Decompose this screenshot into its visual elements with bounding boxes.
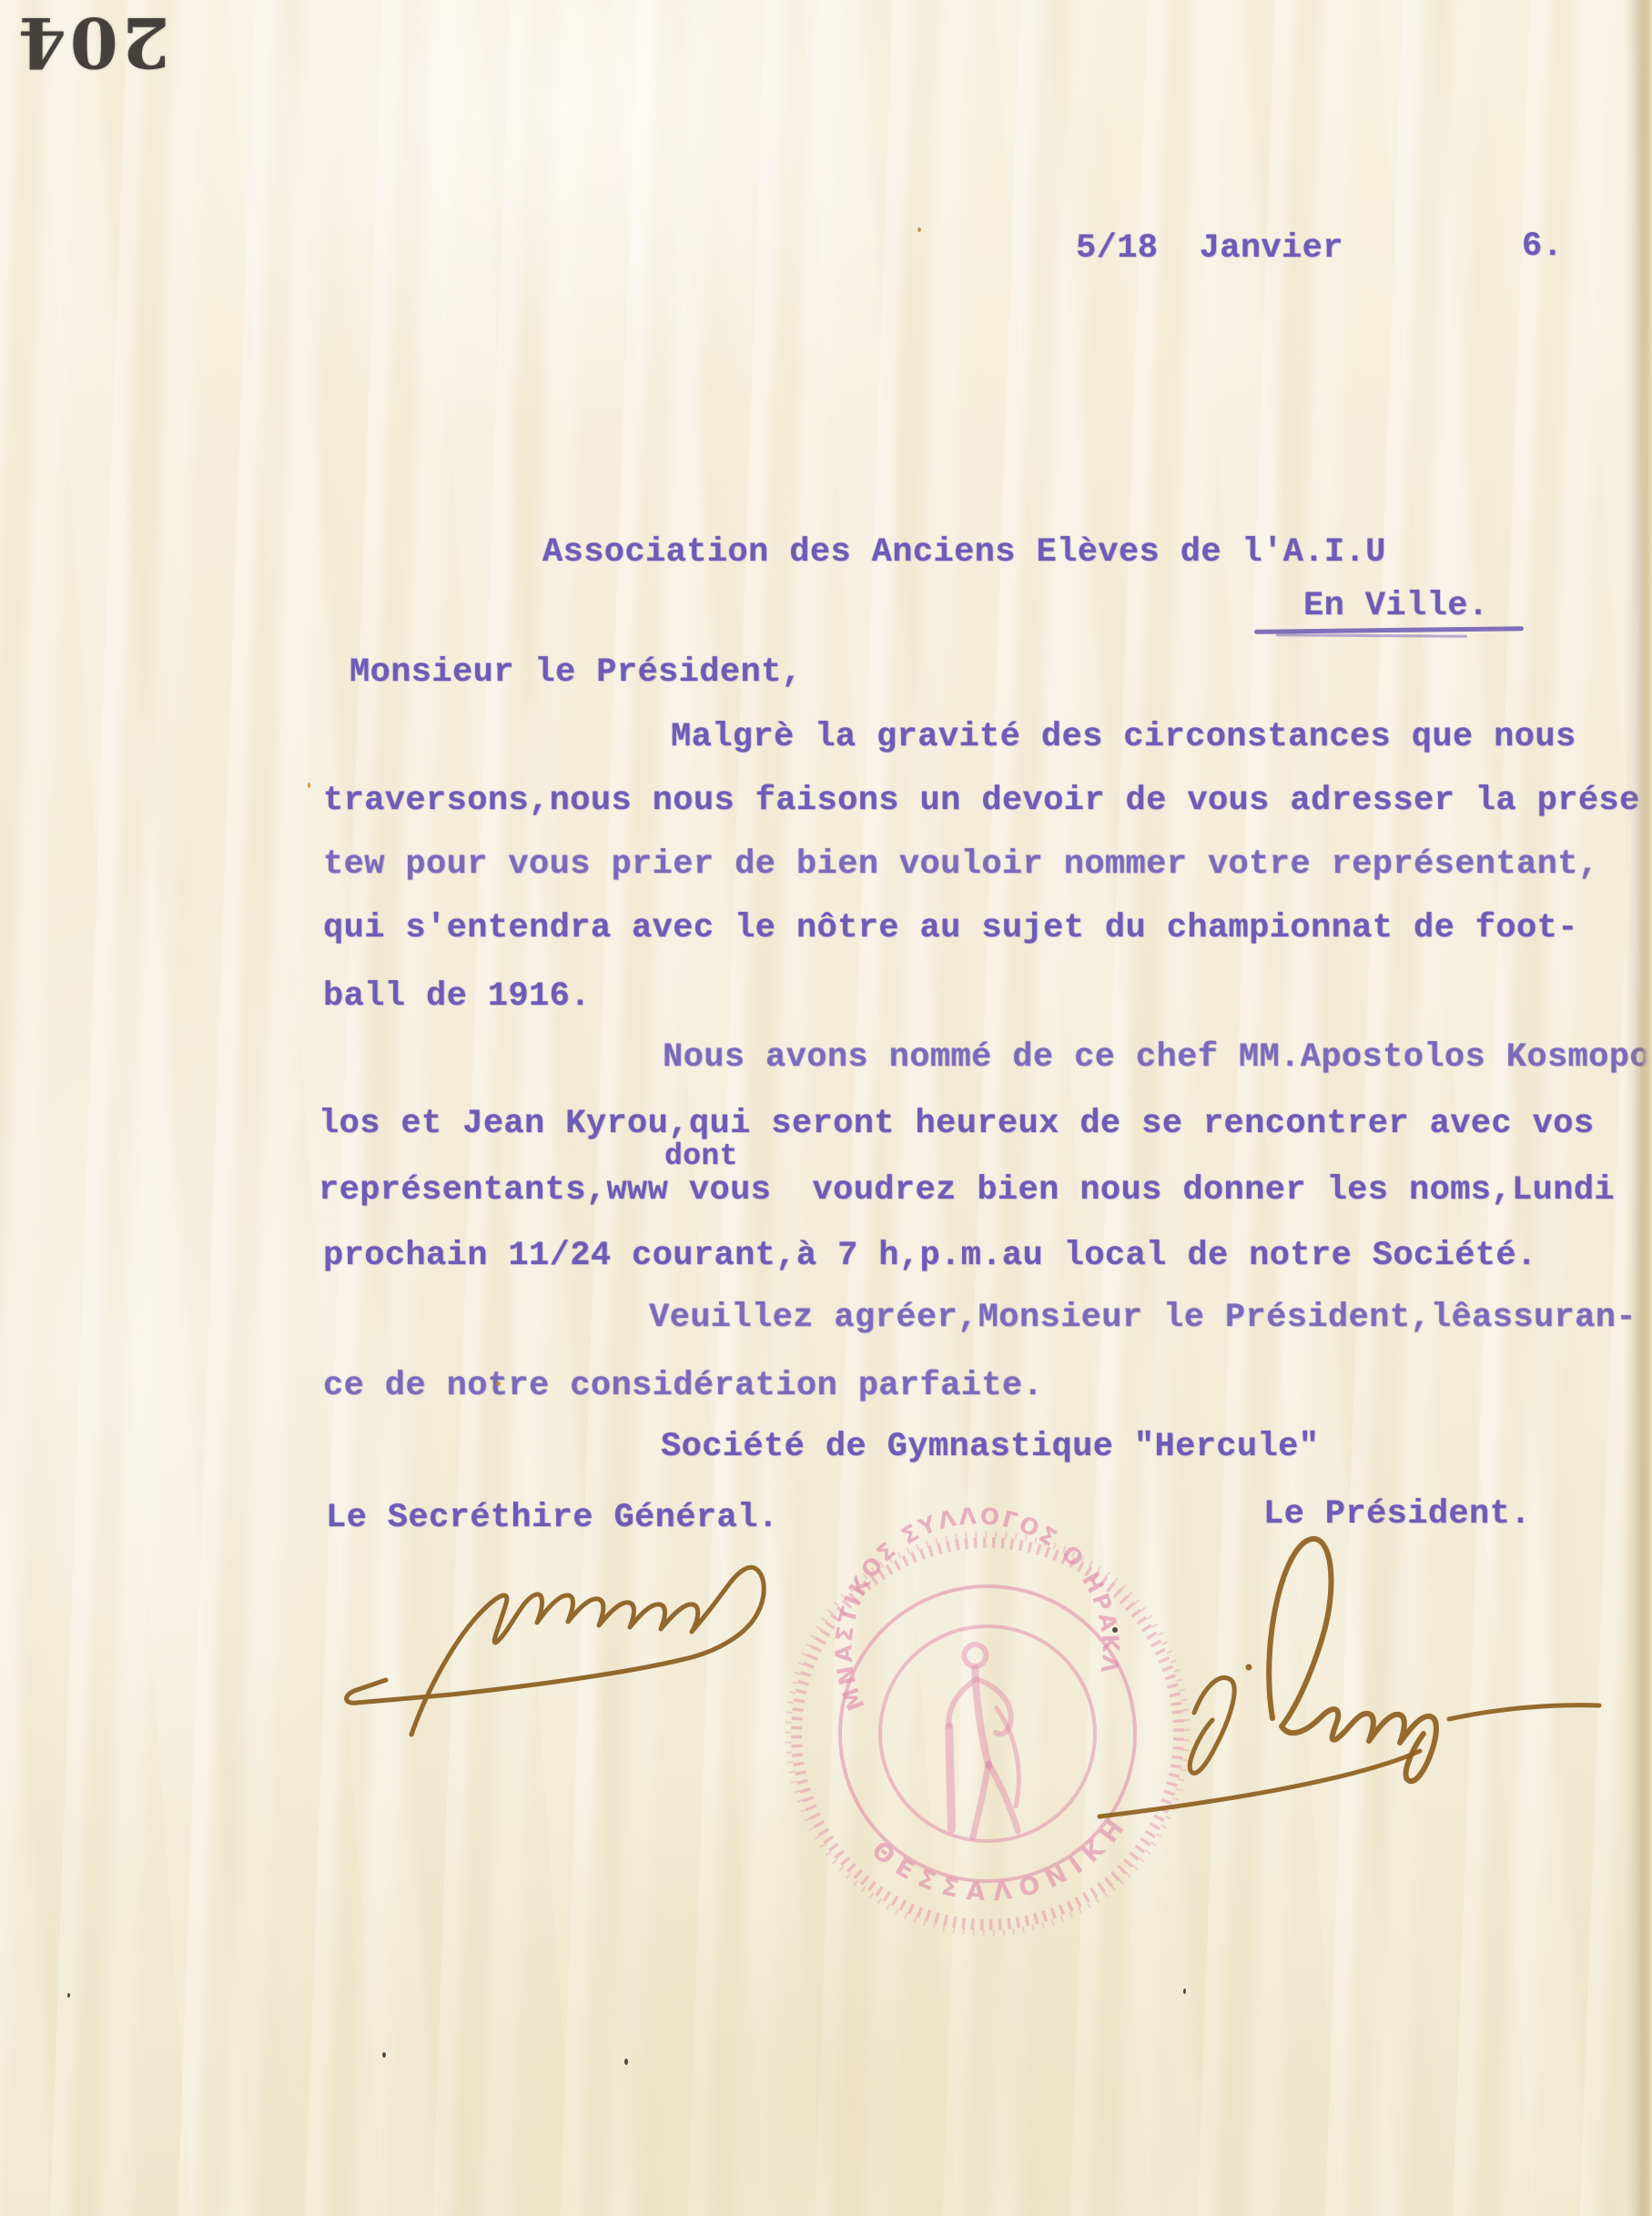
ink-speck <box>624 2059 628 2065</box>
letter-page: 204 5/18 Janvier 6. Association des Anci… <box>0 0 1652 2216</box>
overlay-graphics: ΓΥΜΝΑΣΤΙΚΟΣ ΣΥΛΛΟΓΟΣ Ο ΗΡΑΚΛΗΣ ΘΕΣΣΑΛΟΝΙ… <box>0 0 1652 2216</box>
ink-speck <box>382 2052 386 2058</box>
paper-speck <box>308 783 310 788</box>
svg-text:ΘΕΣΣΑΛΟΝΙΚΗ: ΘΕΣΣΑΛΟΝΙΚΗ <box>864 1806 1143 1922</box>
paper-speck <box>496 1381 501 1386</box>
stamp-top-text: ΓΥΜΝΑΣΤΙΚΟΣ ΣΥΛΛΟΓΟΣ Ο ΗΡΑΚΛΗΣ <box>0 0 1129 1819</box>
ink-speck <box>1183 1988 1186 1994</box>
svg-text:ΓΥΜΝΑΣΤΙΚΟΣ ΣΥΛΛΟΓΟΣ Ο ΗΡΑΚΛΗΣ: ΓΥΜΝΑΣΤΙΚΟΣ ΣΥΛΛΟΓΟΣ Ο ΗΡΑΚΛΗΣ <box>0 0 1129 1819</box>
secretary-signature <box>347 1567 765 1735</box>
hercules-figure-icon <box>929 1641 1026 1839</box>
paper-speck <box>917 228 921 232</box>
page-edge <box>1625 0 1652 2216</box>
ink-speck <box>67 1993 70 1998</box>
ink-speck <box>1112 1627 1118 1633</box>
stamp-bottom-text: ΘΕΣΣΑΛΟΝΙΚΗ <box>864 1806 1143 1922</box>
club-stamp: ΓΥΜΝΑΣΤΙΚΟΣ ΣΥΛΛΟΓΟΣ Ο ΗΡΑΚΛΗΣ ΘΕΣΣΑΛΟΝΙ… <box>0 0 1210 2053</box>
